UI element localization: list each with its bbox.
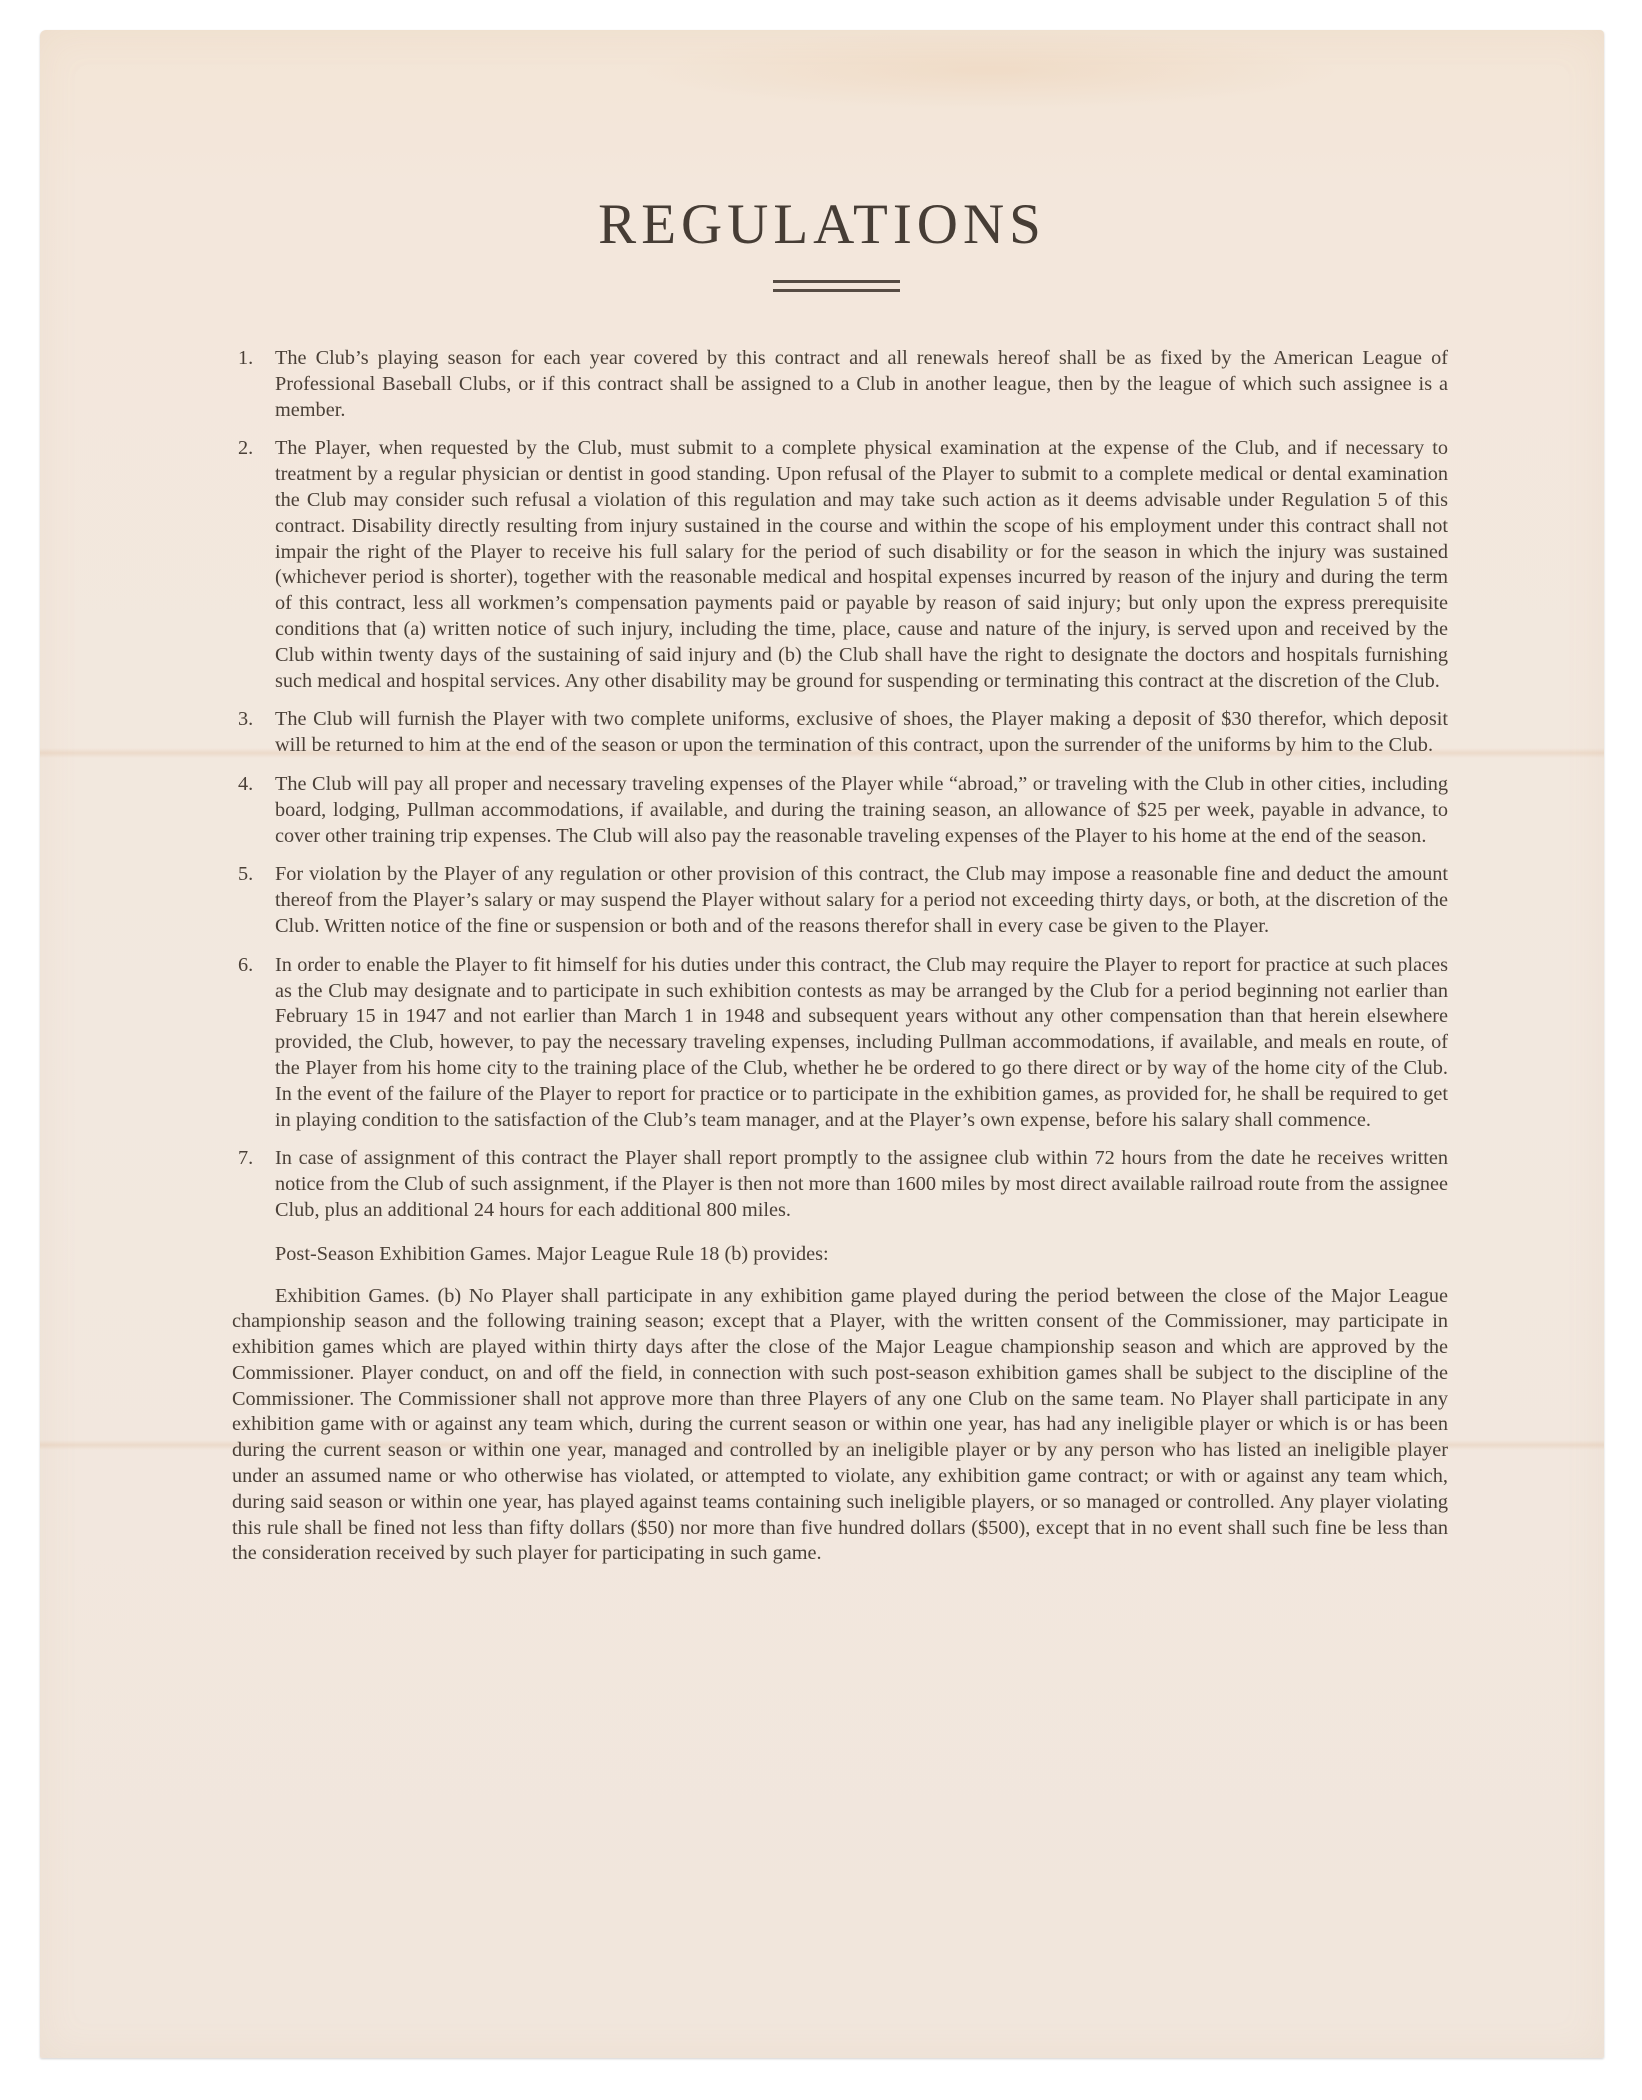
regulation-item: 7. In case of assignment of this contrac… bbox=[232, 1146, 1448, 1223]
regulation-text: The Player, when requested by the Club, … bbox=[275, 437, 1448, 691]
regulation-number: 6. bbox=[238, 953, 253, 979]
document-page: REGULATIONS 1. The Club’s playing season… bbox=[40, 30, 1604, 2058]
regulation-item: 5. For violation by the Player of any re… bbox=[232, 862, 1448, 939]
post-season-heading: Post-Season Exhibition Games. Major Leag… bbox=[232, 1242, 1448, 1268]
regulation-item: 6. In order to enable the Player to fit … bbox=[232, 953, 1448, 1134]
regulation-number: 1. bbox=[238, 346, 253, 372]
regulation-text: The Club’s playing season for each year … bbox=[275, 347, 1448, 421]
regulation-item: 1. The Club’s playing season for each ye… bbox=[232, 346, 1448, 423]
regulation-text: In case of assignment of this contract t… bbox=[275, 1147, 1448, 1221]
regulation-item: 2. The Player, when requested by the Clu… bbox=[232, 436, 1448, 694]
regulations-body: 1. The Club’s playing season for each ye… bbox=[232, 346, 1448, 1567]
regulation-number: 4. bbox=[238, 772, 253, 798]
regulation-text: For violation by the Player of any regul… bbox=[275, 863, 1448, 937]
exhibition-games-paragraph: Exhibition Games. (b) No Player shall pa… bbox=[232, 1284, 1448, 1568]
regulation-number: 5. bbox=[238, 862, 253, 888]
regulation-number: 7. bbox=[238, 1146, 253, 1172]
paper-stain bbox=[640, 30, 1340, 110]
regulation-item: 3. The Club will furnish the Player with… bbox=[232, 707, 1448, 759]
regulation-text: The Club will pay all proper and necessa… bbox=[275, 773, 1448, 847]
regulation-number: 2. bbox=[238, 436, 253, 462]
regulation-text: In order to enable the Player to fit him… bbox=[275, 954, 1448, 1131]
regulation-item: 4. The Club will pay all proper and nece… bbox=[232, 772, 1448, 849]
title-double-rule bbox=[773, 280, 900, 292]
page-title: REGULATIONS bbox=[40, 192, 1604, 257]
regulation-number: 3. bbox=[238, 707, 253, 733]
regulation-text: The Club will furnish the Player with tw… bbox=[275, 708, 1448, 756]
